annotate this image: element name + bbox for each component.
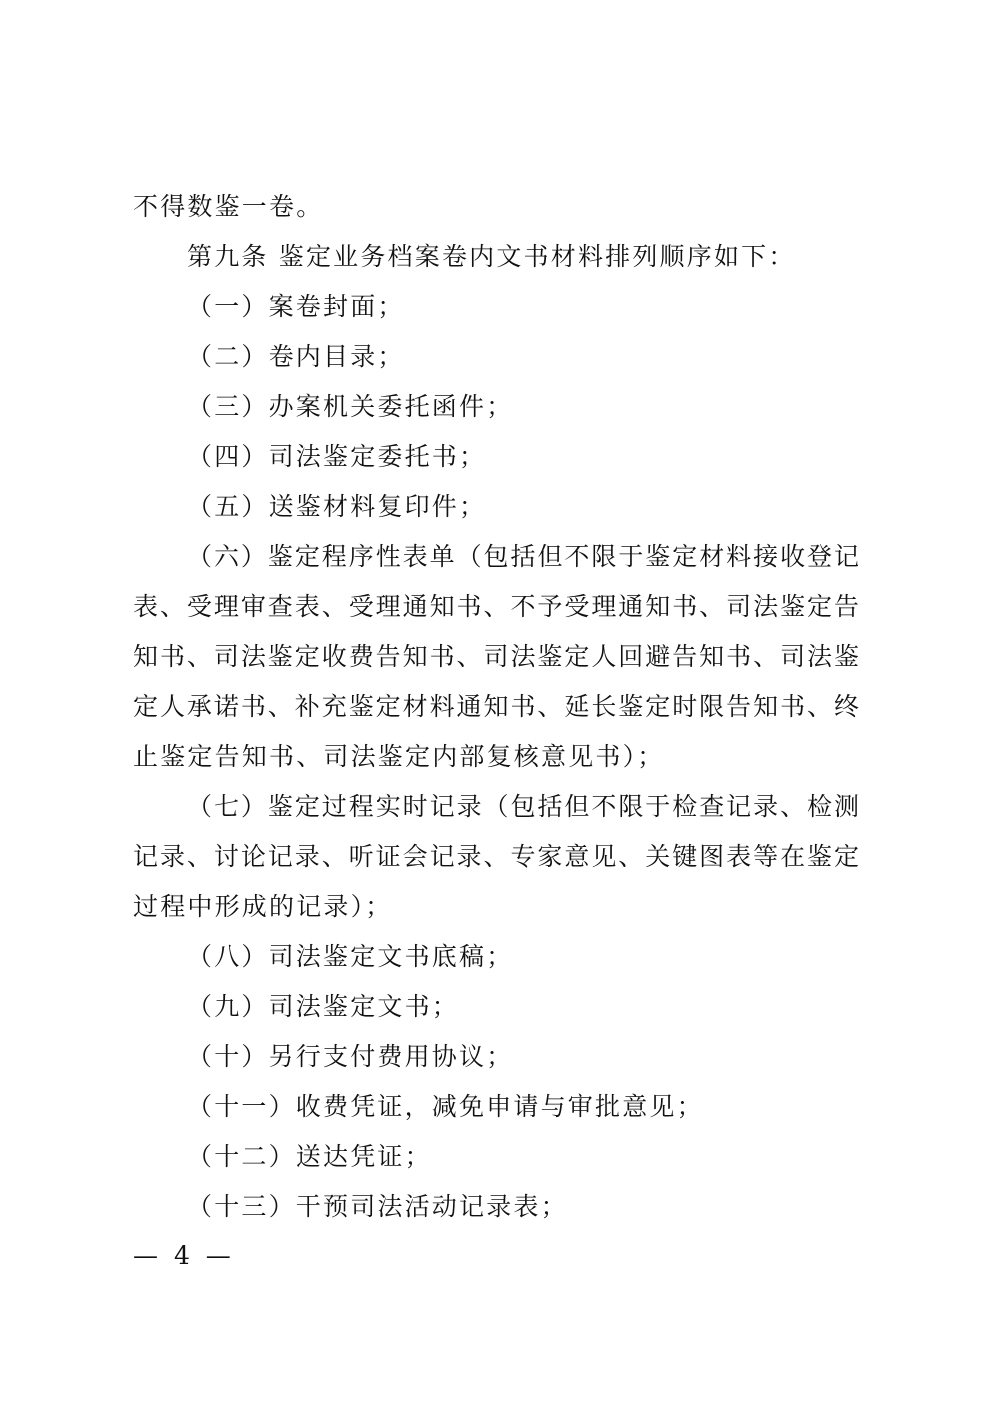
list-item-4: （四）司法鉴定委托书；	[133, 432, 859, 482]
list-item-7-line-3: 过程中形成的记录）；	[133, 882, 859, 932]
page-number: — 4 —	[133, 1232, 235, 1280]
list-item-11: （十一）收费凭证，减免申请与审批意见；	[133, 1082, 859, 1132]
list-item-6-line-4: 定人承诺书、补充鉴定材料通知书、延长鉴定时限告知书、终	[133, 682, 859, 732]
list-item-12: （十二）送达凭证；	[133, 1132, 859, 1182]
list-item-6-line-2: 表、受理审查表、受理通知书、不予受理通知书、司法鉴定告	[133, 582, 859, 632]
list-item-8: （八）司法鉴定文书底稿；	[133, 932, 859, 982]
list-item-6-line-1: （六）鉴定程序性表单（包括但不限于鉴定材料接收登记	[133, 532, 859, 582]
list-item-5: （五）送鉴材料复印件；	[133, 482, 859, 532]
list-item-6-line-3: 知书、司法鉴定收费告知书、司法鉴定人回避告知书、司法鉴	[133, 632, 859, 682]
list-item-10: （十）另行支付费用协议；	[133, 1032, 859, 1082]
document-page-body: 不得数鉴一卷。 第九条 鉴定业务档案卷内文书材料排列顺序如下： （一）案卷封面；…	[133, 182, 859, 1232]
list-item-3: （三）办案机关委托函件；	[133, 382, 859, 432]
list-item-2: （二）卷内目录；	[133, 332, 859, 382]
list-item-1: （一）案卷封面；	[133, 282, 859, 332]
list-item-7-line-2: 记录、讨论记录、听证会记录、专家意见、关键图表等在鉴定	[133, 832, 859, 882]
list-item-6-line-5: 止鉴定告知书、司法鉴定内部复核意见书）；	[133, 732, 859, 782]
list-item-9: （九）司法鉴定文书；	[133, 982, 859, 1032]
paragraph-line-1: 不得数鉴一卷。	[133, 182, 859, 232]
list-item-13: （十三）干预司法活动记录表；	[133, 1182, 859, 1232]
list-item-7-line-1: （七）鉴定过程实时记录（包括但不限于检查记录、检测	[133, 782, 859, 832]
article-9-heading: 第九条 鉴定业务档案卷内文书材料排列顺序如下：	[133, 232, 859, 282]
